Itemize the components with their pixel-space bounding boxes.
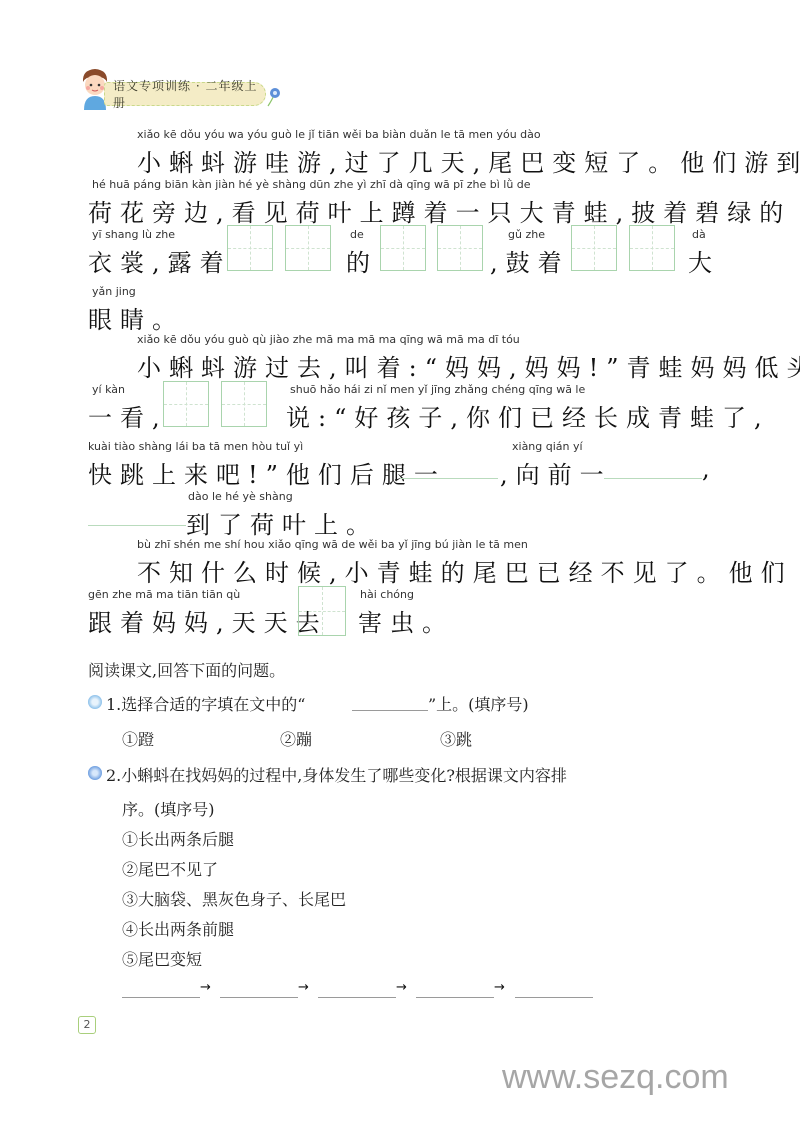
sequence-item: ④长出两条前腿 [122, 917, 234, 940]
header-banner: 语文专项训练 · 二年级上册 [104, 82, 266, 106]
question-1-prefix: 1.选择合适的字填在文中的“ [106, 692, 305, 715]
pinyin-line: hé huā páng biān kàn jiàn hé yè shàng dū… [92, 178, 531, 191]
arrow-right-icon: → [494, 980, 505, 995]
sequence-item: ①长出两条后腿 [122, 827, 234, 850]
arrow-right-icon: → [396, 980, 407, 995]
page-number: 2 [78, 1016, 96, 1034]
text-line: 说:“好孩子,你们已经长成青蛙了, [286, 398, 770, 433]
watermark: www.sezq.com [502, 1058, 729, 1097]
tianzige-box[interactable] [227, 225, 273, 271]
text-line: 一看, [88, 398, 168, 433]
text-line: ,鼓着 [490, 243, 570, 278]
pinyin-line: dà [692, 228, 706, 241]
instruction-text: 阅读课文,回答下面的问题。 [88, 658, 285, 681]
text-line: 害虫。 [358, 603, 454, 638]
sequence-item: ②尾巴不见了 [122, 857, 218, 880]
pinyin-line: dào le hé yè shàng [188, 490, 293, 503]
pinyin-line: yǎn jing [92, 285, 136, 298]
text-line: 眼睛。 [88, 300, 184, 335]
text-line: 小蝌蚪游哇游,过了几天,尾巴变短了。他们游到 [137, 143, 800, 178]
tianzige-box[interactable] [285, 225, 331, 271]
pinyin-line: gēn zhe mā ma tiān tiān qù [88, 588, 240, 601]
text-line: 大 [688, 243, 720, 278]
pinyin-line: de [350, 228, 364, 241]
pinyin-line: gǔ zhe [508, 228, 545, 241]
tianzige-box[interactable] [221, 381, 267, 427]
pinyin-line: xiàng qián yí [512, 440, 583, 453]
pinyin-line: xiǎo kē dǒu yóu guò qù jiào zhe mā ma mā… [137, 333, 520, 346]
text-line: 跟着妈妈,天天去 [88, 603, 328, 638]
tianzige-box[interactable] [571, 225, 617, 271]
tianzige-box[interactable] [437, 225, 483, 271]
sequence-blank[interactable] [318, 997, 396, 998]
tianzige-box[interactable] [629, 225, 675, 271]
text-line: ,向前一 [500, 455, 612, 490]
question-2-text-cont: 序。(填序号) [122, 797, 215, 820]
flower-bullet-icon [88, 766, 102, 780]
sequence-blank[interactable] [122, 997, 200, 998]
pinyin-line: yí kàn [92, 383, 125, 396]
sequence-item: ⑤尾巴变短 [122, 947, 202, 970]
arrow-right-icon: → [200, 980, 211, 995]
pinyin-line: shuō hǎo hái zi nǐ men yǐ jīng zhǎng ché… [290, 383, 585, 396]
question-1-suffix: ”上。(填序号) [428, 692, 529, 715]
pinyin-line: hài chóng [360, 588, 414, 601]
question-2-text: 2.小蝌蚪在找妈妈的过程中,身体发生了哪些变化?根据课文内容排 [106, 763, 567, 786]
tianzige-box[interactable] [380, 225, 426, 271]
tianzige-box[interactable] [163, 381, 209, 427]
answer-blank[interactable] [604, 478, 702, 479]
sequence-item: ③大脑袋、黑灰色身子、长尾巴 [122, 887, 346, 910]
pinyin-line: kuài tiào shàng lái ba tā men hòu tuǐ yì [88, 440, 303, 453]
pinyin-line: bù zhī shén me shí hou xiǎo qīng wā de w… [137, 538, 528, 551]
snowflake-bullet-icon [88, 695, 102, 709]
text-line: 衣裳,露着 [88, 243, 232, 278]
answer-blank[interactable] [88, 525, 186, 526]
text-line: 小蝌蚪游过去,叫着:“妈妈,妈妈!”青蛙妈妈低头 [137, 348, 800, 383]
option-2: ②蹦 [280, 727, 312, 750]
text-line: 荷花旁边,看见荷叶上蹲着一只大青蛙,披着碧绿的 [88, 193, 791, 228]
option-1: ①蹬 [122, 727, 154, 750]
sequence-blank[interactable] [515, 997, 593, 998]
pinyin-line: xiǎo kē dǒu yóu wa yóu guò le jǐ tiān wě… [137, 128, 541, 141]
answer-blank[interactable] [400, 478, 498, 479]
flower-icon [266, 86, 282, 112]
arrow-right-icon: → [298, 980, 309, 995]
sequence-blank[interactable] [416, 997, 494, 998]
banner-title: 语文专项训练 · 二年级上册 [113, 77, 265, 111]
question-1-blank [352, 710, 428, 711]
text-line: 不知什么时候,小青蛙的尾巴已经不见了。他们 [137, 553, 793, 588]
text-line: 到了荷叶上。 [186, 505, 378, 540]
text-line: , [702, 455, 718, 483]
sequence-blank[interactable] [220, 997, 298, 998]
text-line: 的 [346, 243, 378, 278]
tianzige-box[interactable] [298, 586, 346, 636]
option-3: ③跳 [440, 727, 472, 750]
text-line: 快跳上来吧!”他们后腿一 [88, 455, 446, 490]
pinyin-line: yī shang lù zhe [92, 228, 175, 241]
